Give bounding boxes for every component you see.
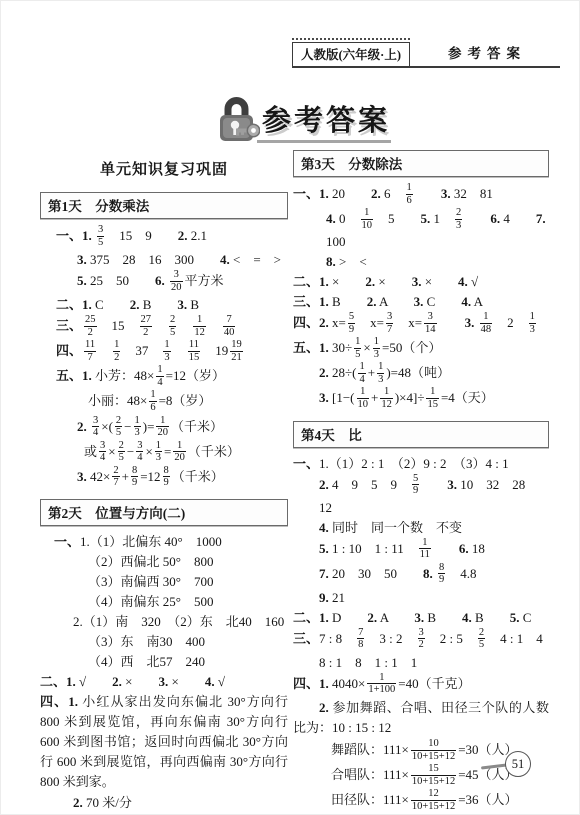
day-section-header: 第1天 分数乘法 xyxy=(40,192,288,219)
answer-line: 3. 375 28 16 300 4. < = > xyxy=(40,250,288,269)
fraction: 112 xyxy=(193,314,206,338)
fraction: 112 xyxy=(380,386,393,410)
answer-line: 2.（1）南 320 （2）东 北40 160 xyxy=(40,612,288,631)
answer-line: 8. > < xyxy=(293,252,549,271)
fraction: 25 xyxy=(478,627,485,651)
day-section-header: 第4天 比 xyxy=(293,421,549,448)
section-answers: 一、1. 35 15 9 2. 2.13. 375 28 16 300 4. <… xyxy=(40,225,288,490)
answer-line: 五、1. 30÷15×13=50（个） xyxy=(293,337,549,361)
day-section-header: 第2天 位置与方向(二) xyxy=(40,499,288,526)
right-sections: 第3天 分数除法一、1. 20 2. 6 16 3. 32 814. 0 110… xyxy=(293,150,549,813)
answer-line: 三、7 : 8 78 3 : 2 32 2 : 5 25 4 : 1 4 xyxy=(293,628,549,652)
answer-line: （3）东 南30 400 xyxy=(40,632,288,651)
fraction: 13 xyxy=(134,415,141,439)
fraction: 13 xyxy=(377,361,384,385)
answer-line: 4. 0 110 5 5. 1 23 6. 4 7. 100 xyxy=(293,208,549,251)
title-underline xyxy=(257,140,391,143)
fraction: 110 xyxy=(361,207,374,231)
answer-paragraph: 四、1. 小红从家出发向东偏北 30°方向行 800 米到展览馆，再向东偏南 3… xyxy=(40,692,288,792)
day-section-header: 第3天 分数除法 xyxy=(293,150,549,177)
answer-line: 四、117 12 37 13 1115 191921 xyxy=(40,340,288,364)
answer-line: 三、252 15 272 25 112 740 xyxy=(40,315,288,339)
answer-line: 四、1. 4040×11+100=40（千克） xyxy=(293,673,549,697)
answer-line: 9. 21 xyxy=(293,588,549,607)
lock-key-icon xyxy=(216,92,260,144)
fraction: 89 xyxy=(438,562,445,586)
answer-line: 二、1. D 2. A 3. B 4. B 5. C xyxy=(293,608,549,627)
edition-label: 人教版(六年级·上) xyxy=(292,42,410,66)
right-column: 第3天 分数除法一、1. 20 2. 6 16 3. 32 814. 0 110… xyxy=(293,150,549,815)
fraction: 37 xyxy=(386,311,393,335)
fraction: 13 xyxy=(155,440,162,464)
fraction: 23 xyxy=(455,207,462,231)
fraction: 13 xyxy=(529,311,536,335)
fraction: 1010+15+12 xyxy=(411,738,456,762)
fraction: 25 xyxy=(115,415,122,439)
answer-line: 2. 28÷(14+13)=48（吨） xyxy=(293,362,549,386)
fraction: 13 xyxy=(373,336,380,360)
answer-line: 田径队：111×1210+15+12=36（人） xyxy=(293,789,549,813)
fraction: 89 xyxy=(131,465,138,489)
running-header: 人教版(六年级·上) 参考答案 xyxy=(292,38,560,68)
left-column: 单元知识复习巩固 第1天 分数乘法一、1. 35 15 9 2. 2.13. 3… xyxy=(40,158,288,815)
left-sections: 第1天 分数乘法一、1. 35 15 9 2. 2.13. 375 28 16 … xyxy=(40,192,288,812)
page-title: 参考答案 xyxy=(262,98,390,139)
fraction: 272 xyxy=(140,314,153,338)
answer-line: 2. 70 米/分 xyxy=(40,793,288,812)
answer-line: 五、1. 小芳：48×14=12（岁） xyxy=(40,365,288,389)
fraction: 120 xyxy=(173,440,186,464)
answer-line: 5. 1 : 10 1 : 11 111 6. 18 xyxy=(293,538,549,562)
fraction: 110 xyxy=(357,386,370,410)
answer-line: 3. [1−(110+112)×4]÷115=4（天） xyxy=(293,387,549,411)
answer-line: 或34×25−34×13=120（千米） xyxy=(40,441,288,465)
unit-review-heading: 单元知识复习巩固 xyxy=(40,158,288,179)
fraction: 27 xyxy=(112,465,119,489)
fraction: 15 xyxy=(354,336,361,360)
section-answers: 一、1.（1）北偏东 40° 1000（2）西偏北 50° 800（3）南偏西 … xyxy=(40,532,288,812)
answer-line: 4. 同时 同一个数 不变 xyxy=(293,518,549,537)
fraction: 148 xyxy=(480,311,493,335)
page-number: 51 xyxy=(505,751,531,777)
fraction: 1510+15+12 xyxy=(411,763,456,787)
answer-line: 7. 20 30 50 8. 89 4.8 xyxy=(293,563,549,587)
fraction: 1115 xyxy=(188,339,201,363)
edition-box: 人教版(六年级·上) xyxy=(292,38,410,66)
answer-line: 四、2. x=59 x=37 x=314 3. 148 2 13 xyxy=(293,312,549,336)
answer-line: 三、1. B 2. A 3. C 4. A xyxy=(293,292,549,311)
fraction: 14 xyxy=(156,364,163,388)
answer-line: 一、1.（1）2 : 1 （2）9 : 2 （3）4 : 1 xyxy=(293,454,549,473)
answer-line: 一、1. 20 2. 6 16 3. 32 81 xyxy=(293,183,549,207)
fraction: 252 xyxy=(84,314,97,338)
answer-line: （4）南偏东 25° 500 xyxy=(40,592,288,611)
header-answers-label: 参考答案 xyxy=(448,42,526,66)
answer-line: 一、1.（1）北偏东 40° 1000 xyxy=(40,532,288,551)
fraction: 25 xyxy=(118,440,125,464)
fraction: 59 xyxy=(412,473,419,497)
fraction: 13 xyxy=(163,339,170,363)
fraction: 34 xyxy=(99,440,106,464)
fraction: 16 xyxy=(149,389,156,413)
fraction: 111 xyxy=(419,537,431,561)
fraction: 115 xyxy=(426,386,439,410)
fraction: 16 xyxy=(406,182,413,206)
answer-line: 3. 42×27+89=1289（千米） xyxy=(40,466,288,490)
fraction: 120 xyxy=(156,415,169,439)
fraction: 117 xyxy=(84,339,96,363)
answer-line: 2. 34×(25−13)=120（千米） xyxy=(40,416,288,440)
answer-line: 8 : 1 8 1 : 1 1 xyxy=(293,653,549,672)
answer-line: 二、1. × 2. × 3. × 4. √ xyxy=(293,272,549,291)
answer-line: （4）西 北57 240 xyxy=(40,652,288,671)
answer-line: （2）西偏北 50° 800 xyxy=(40,552,288,571)
answer-line: 5. 25 50 6. 320平方米 xyxy=(40,270,288,294)
fraction: 320 xyxy=(170,269,183,293)
fraction: 314 xyxy=(424,311,437,335)
fraction: 14 xyxy=(358,361,365,385)
fraction: 11+100 xyxy=(367,672,396,696)
fraction: 1921 xyxy=(230,339,243,363)
fraction: 12 xyxy=(113,339,120,363)
fraction: 35 xyxy=(97,224,104,248)
answer-line: 小丽：48×16=8（岁） xyxy=(40,390,288,414)
answer-line: 2. 4 9 5 9 59 3. 10 32 28 12 xyxy=(293,474,549,517)
answer-line: 二、1. C 2. B 3. B xyxy=(40,295,288,314)
fraction: 740 xyxy=(223,314,236,338)
fraction: 1210+15+12 xyxy=(411,788,456,812)
fraction: 34 xyxy=(136,440,143,464)
answer-paragraph: 2. 参加舞蹈、合唱、田径三个队的人数比为：10 : 15 : 12 xyxy=(293,698,549,738)
fraction: 34 xyxy=(92,415,99,439)
fraction: 59 xyxy=(348,311,355,335)
section-answers: 一、1. 20 2. 6 16 3. 32 814. 0 110 5 5. 1 … xyxy=(293,183,549,412)
fraction: 78 xyxy=(357,627,364,651)
answer-line: （3）南偏西 30° 700 xyxy=(40,572,288,591)
main-title: 参考答案 xyxy=(216,92,390,144)
answer-line: 一、1. 35 15 9 2. 2.1 xyxy=(40,225,288,249)
fraction: 89 xyxy=(163,465,170,489)
fraction: 25 xyxy=(169,314,176,338)
dotted-rule xyxy=(292,38,410,40)
scanned-answer-page: { "header": { "edition": "人教版(六年级·上)", "… xyxy=(0,0,580,815)
answer-line: 二、1. √ 2. × 3. × 4. √ xyxy=(40,672,288,691)
fraction: 32 xyxy=(418,627,425,651)
